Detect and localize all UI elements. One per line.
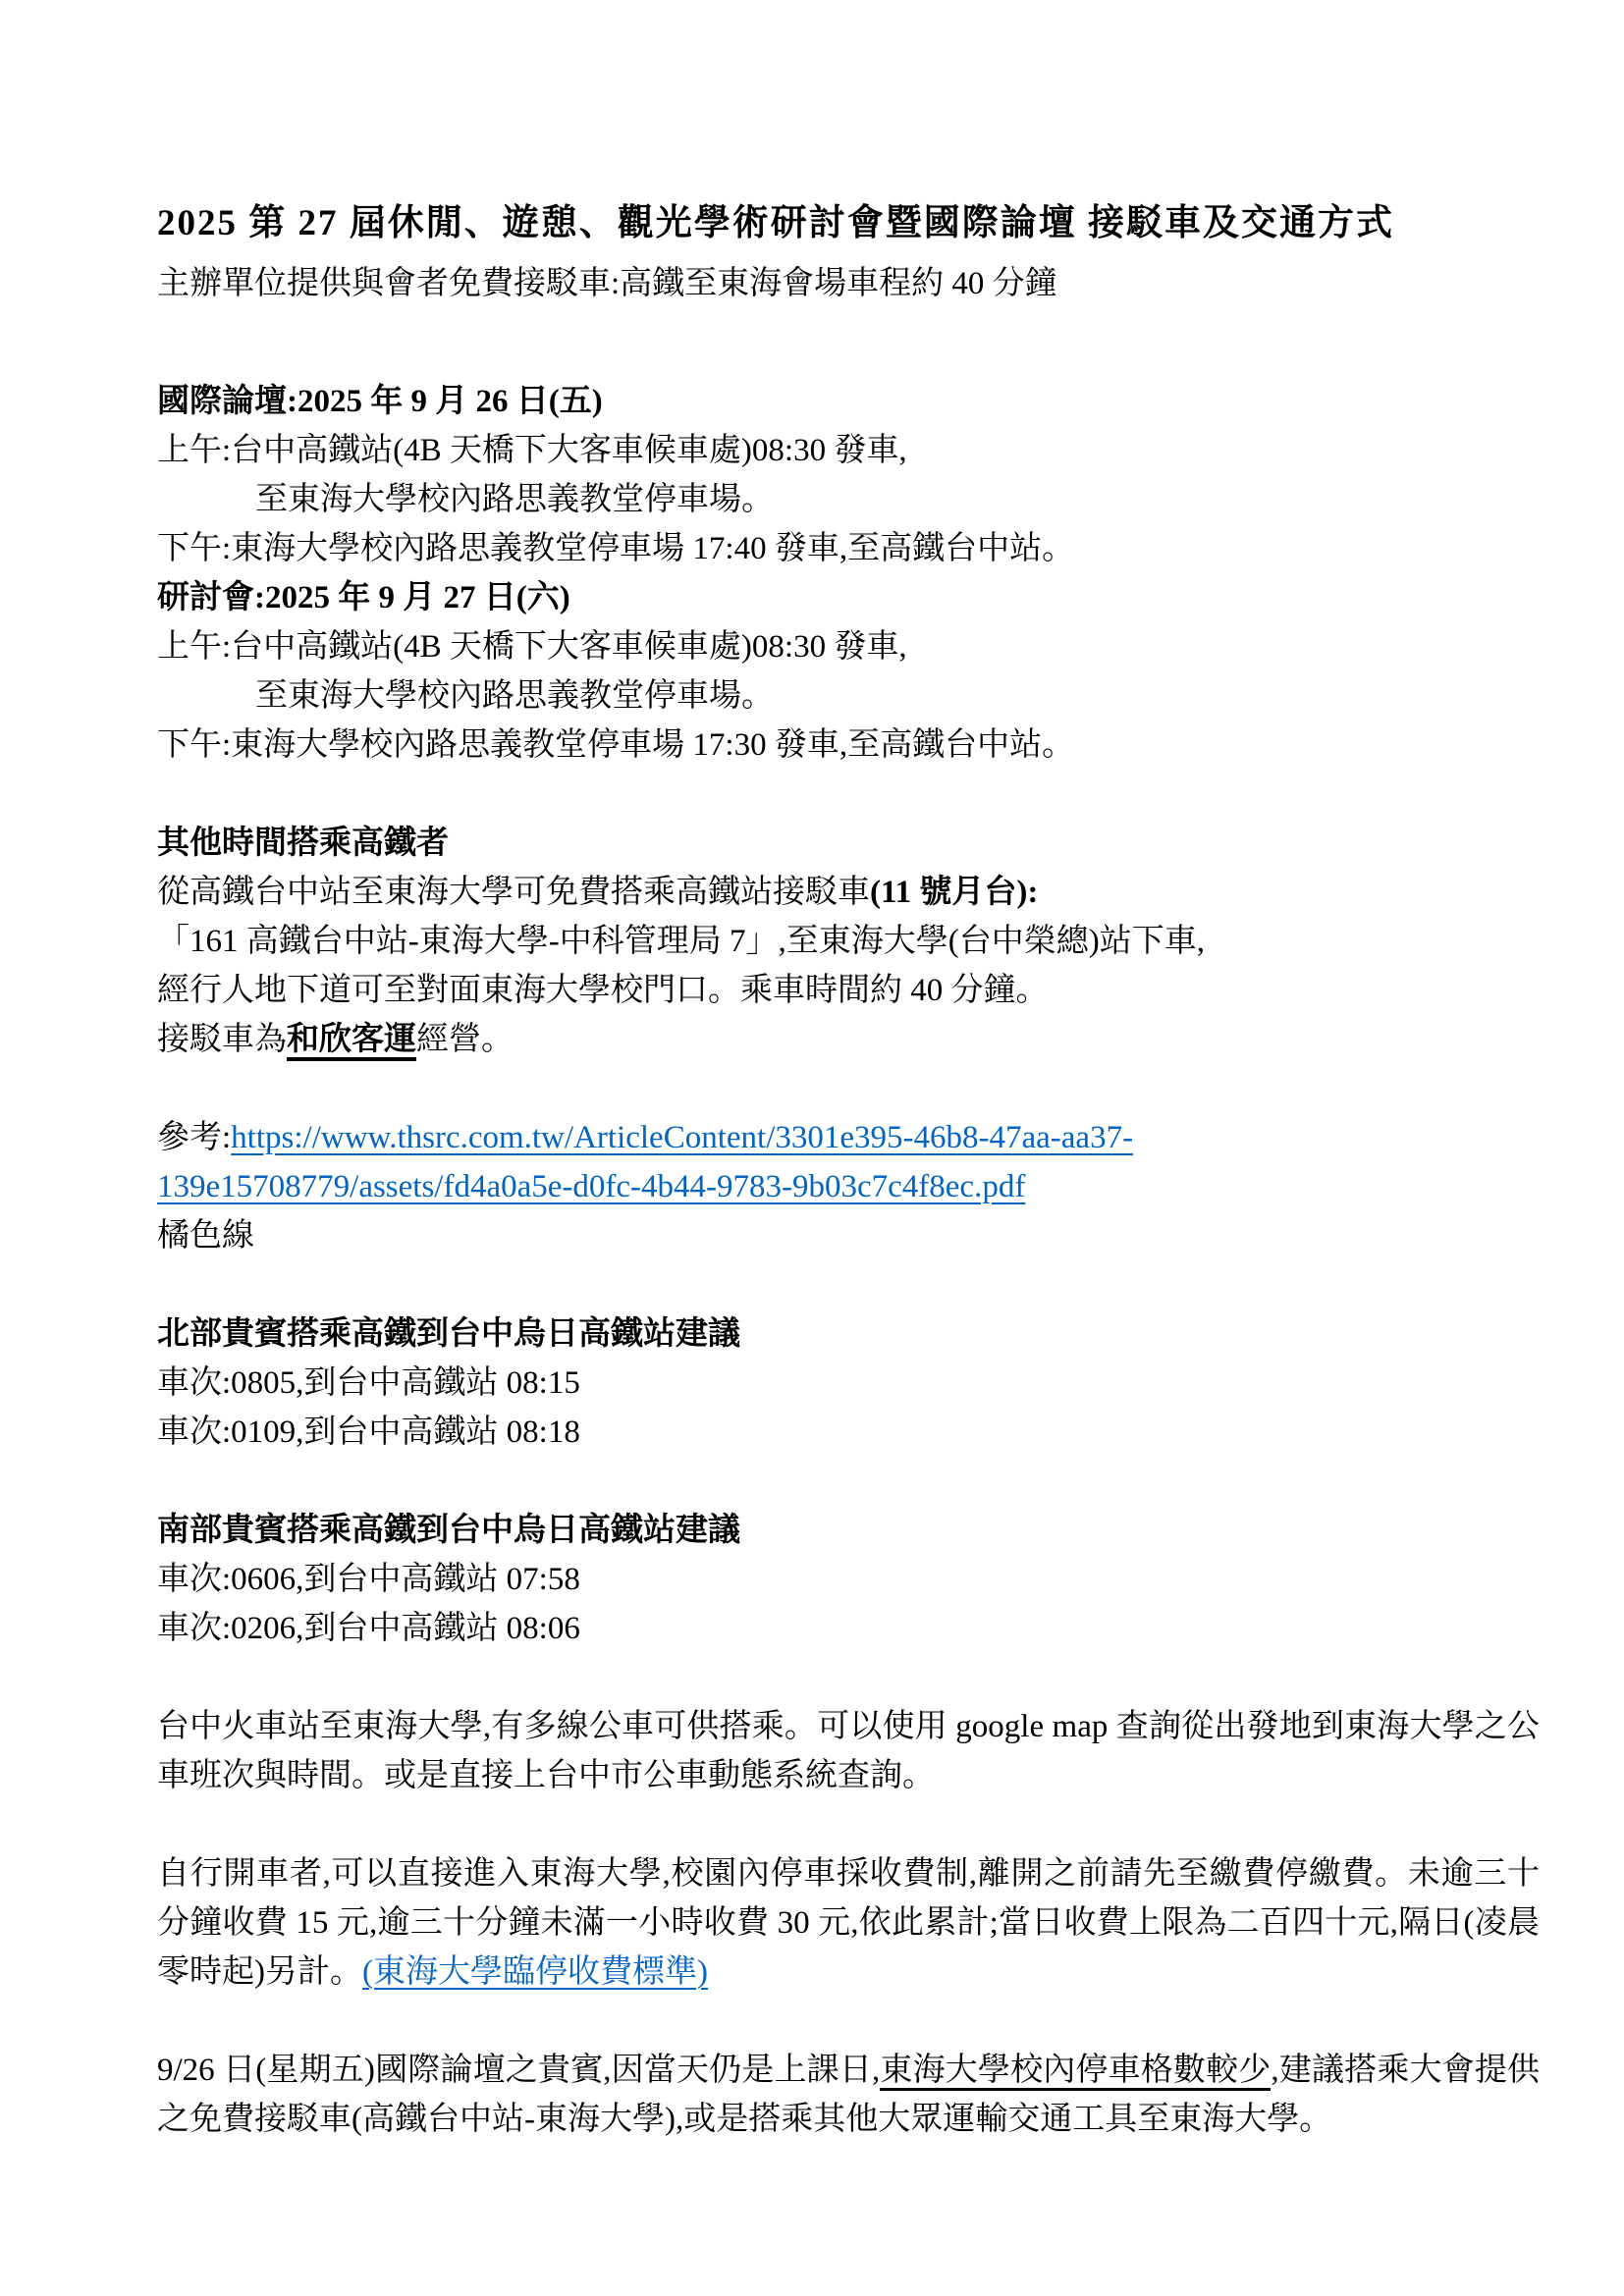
forum-heading: 國際論壇:2025 年 9 月 26 日(五) (157, 377, 1540, 426)
other-times-intro-text: 從高鐵台中站至東海大學可免費搭乘高鐵站接駁車 (157, 875, 870, 910)
document-title: 2025 第 27 屆休閒、遊憩、觀光學術研討會暨國際論壇 接駁車及交通方式 (157, 196, 1540, 251)
parking-paragraph: 自行開車者,可以直接進入東海大學,校園內停車採收費制,離開之前請先至繳費停繳費。… (157, 1849, 1540, 1997)
orange-line-note: 橘色線 (157, 1211, 1540, 1260)
north-guests-section: 北部貴賓搭乘高鐵到台中烏日高鐵站建議 車次:0805,到台中高鐵站 08:15 … (157, 1309, 1540, 1457)
forum-day-note-paragraph: 9/26 日(星期五)國際論壇之貴賓,因當天仍是上課日,東海大學校內停車格數較少… (157, 2046, 1540, 2144)
operator-post-text: 經營。 (416, 1022, 514, 1057)
thsrc-pdf-link[interactable]: https://www.thsrc.com.tw/ArticleContent/… (157, 1120, 1133, 1204)
reference-label: 參考: (157, 1120, 231, 1155)
operator-line: 接駁車為和欣客運經營。 (157, 1015, 1540, 1064)
south-guests-section: 南部貴賓搭乘高鐵到台中烏日高鐵站建議 車次:0606,到台中高鐵站 07:58 … (157, 1506, 1540, 1653)
seminar-schedule-section: 研討會:2025 年 9 月 27 日(六) 上午:台中高鐵站(4B 天橋下大客… (157, 573, 1540, 770)
other-times-intro-line: 從高鐵台中站至東海大學可免費搭乘高鐵站接駁車(11 號月台): (157, 868, 1540, 917)
operator-name: 和欣客運 (287, 1022, 416, 1061)
forum-afternoon-line: 下午:東海大學校內路思義教堂停車場 17:40 發車,至高鐵台中站。 (157, 524, 1540, 573)
document-page: 2025 第 27 屆休閒、遊憩、觀光學術研討會暨國際論壇 接駁車及交通方式 主… (0, 0, 1624, 2296)
operator-pre-text: 接駁車為 (157, 1022, 287, 1057)
reference-line: 參考:https://www.thsrc.com.tw/ArticleConte… (157, 1113, 1540, 1211)
forum-morning-dest-line: 至東海大學校內路思義教堂停車場。 (157, 475, 1540, 524)
forum-schedule-section: 國際論壇:2025 年 9 月 26 日(五) 上午:台中高鐵站(4B 天橋下大… (157, 377, 1540, 573)
intro-line: 主辦單位提供與會者免費接駁車:高鐵至東海會場車程約 40 分鐘 (157, 259, 1540, 308)
reference-section: 參考:https://www.thsrc.com.tw/ArticleConte… (157, 1113, 1540, 1260)
walkway-line: 經行人地下道可至對面東海大學校門口。乘車時間約 40 分鐘。 (157, 966, 1540, 1015)
south-train-2: 車次:0206,到台中高鐵站 08:06 (157, 1604, 1540, 1653)
north-train-1: 車次:0805,到台中高鐵站 08:15 (157, 1359, 1540, 1408)
thsrc-pdf-link-line1[interactable]: https://www.thsrc.com.tw/ArticleContent/… (231, 1120, 1133, 1155)
parking-fee-link[interactable]: (東海大學臨停收費標準) (362, 1954, 708, 1990)
forum-day-underlined-text: 東海大學校內停車格數較少 (880, 2053, 1271, 2091)
seminar-heading: 研討會:2025 年 9 月 27 日(六) (157, 573, 1540, 622)
north-train-2: 車次:0109,到台中高鐵站 08:18 (157, 1408, 1540, 1457)
platform-note: (11 號月台): (870, 875, 1038, 910)
shuttle-route-line: 「161 高鐵台中站-東海大學-中科管理局 7」,至東海大學(台中榮總)站下車, (157, 917, 1540, 966)
bus-info-paragraph: 台中火車站至東海大學,有多線公車可供搭乘。可以使用 google map 查詢從… (157, 1702, 1540, 1800)
south-guests-heading: 南部貴賓搭乘高鐵到台中烏日高鐵站建議 (157, 1506, 1540, 1555)
south-train-1: 車次:0606,到台中高鐵站 07:58 (157, 1555, 1540, 1604)
seminar-morning-dest-line: 至東海大學校內路思義教堂停車場。 (157, 671, 1540, 721)
other-times-heading: 其他時間搭乘高鐵者 (157, 819, 1540, 868)
other-times-section: 其他時間搭乘高鐵者 從高鐵台中站至東海大學可免費搭乘高鐵站接駁車(11 號月台)… (157, 819, 1540, 1064)
forum-day-pre-text: 9/26 日(星期五)國際論壇之貴賓,因當天仍是上課日, (157, 2053, 880, 2088)
seminar-morning-line: 上午:台中高鐵站(4B 天橋下大客車候車處)08:30 發車, (157, 622, 1540, 671)
north-guests-heading: 北部貴賓搭乘高鐵到台中烏日高鐵站建議 (157, 1309, 1540, 1359)
thsrc-pdf-link-line2[interactable]: 139e15708779/assets/fd4a0a5e-d0fc-4b44-9… (157, 1169, 1025, 1204)
seminar-afternoon-line: 下午:東海大學校內路思義教堂停車場 17:30 發車,至高鐵台中站。 (157, 721, 1540, 770)
forum-morning-line: 上午:台中高鐵站(4B 天橋下大客車候車處)08:30 發車, (157, 426, 1540, 475)
